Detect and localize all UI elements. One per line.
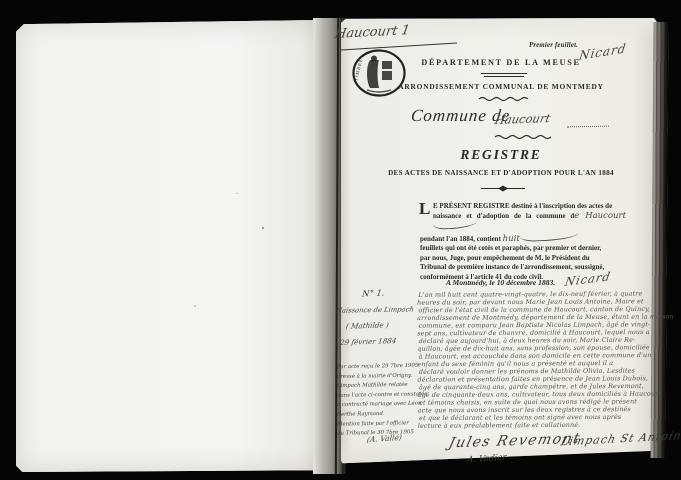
act-line: à Haucourt, est accouchée dans son domic… — [419, 352, 661, 361]
paper-speck — [236, 193, 238, 194]
act-line: déclaré vouloir donner les prénoms de Ma… — [419, 368, 661, 377]
drop-cap: L — [419, 201, 430, 217]
register-scan: Haucourt 1 Premier feuillet. Nicard TIMB… — [0, 0, 681, 480]
act-line: et témoins choisis, en suite de quoi nou… — [419, 398, 661, 407]
preamble-line: feuillets qui ont été cotés et paraphés,… — [420, 244, 626, 254]
register-subtitle: DES ACTES DE NAISSANCE ET D'ADOPTION POU… — [353, 169, 649, 177]
act-line: commune, est comparu Jean Baptiste Nicol… — [419, 321, 661, 330]
margin-date: 29 février 1884 — [339, 336, 397, 347]
ink-flourish — [520, 232, 578, 242]
act-line: déclaré que aujourd'hui, à deux heures d… — [419, 337, 661, 346]
birth-act-body: L'an mil huit cent quatre-vingt-quatre, … — [417, 291, 660, 431]
preamble-line: naissance et d'adoption de la commune de… — [420, 212, 626, 233]
left-blank-page — [16, 20, 328, 472]
act-line: âgé de quarante-cinq ans, garde champêtr… — [419, 383, 661, 392]
act-number: N° 1. — [361, 288, 385, 299]
page-content: Haucourt 1 Premier feuillet. Nicard TIMB… — [343, 20, 657, 466]
act-line: et que le déclarant et les témoins ont s… — [419, 414, 661, 423]
department-heading: DÉPARTEMENT DE LA MEUSE — [353, 58, 649, 67]
arrondissement-heading: ARRONDISSEMENT COMMUNAL DE MONTMEDY — [353, 82, 649, 91]
handwritten-commune-insert: e Haucourt — [574, 211, 626, 221]
margin-birth-label: Naissance de Limpach — [335, 305, 414, 314]
diamond-rule — [481, 185, 525, 192]
preamble-line: par nous, Juge, pour empêchement de M. l… — [420, 254, 626, 264]
handwritten-count-insert: huit — [503, 234, 520, 244]
marginal-note-signature: (A. Vallé) — [366, 433, 402, 445]
divider-rule — [481, 73, 527, 74]
witness-signature-vadier: A. Vadier — [466, 453, 507, 466]
divider-rule — [484, 76, 524, 77]
dotted-fill-line — [567, 126, 609, 128]
date-place-line: A Montmédy, le 10 décembre 1883. — [446, 278, 555, 287]
commune-name-handwritten: Haucourt — [494, 111, 552, 127]
paper-speck — [262, 227, 264, 229]
ink-flourish — [433, 220, 477, 230]
act-line: lecture à eux préalablement faite et col… — [418, 421, 660, 430]
register-title: REGISTRE — [353, 147, 649, 163]
flourish-rule — [477, 96, 535, 102]
paper-speck — [194, 305, 196, 307]
act-line: L'an mil huit cent quatre-vingt-quatre, … — [418, 291, 660, 300]
preamble-line: pendant l'an 1884, contient huit — [420, 233, 626, 245]
flourish-rule — [493, 134, 555, 140]
margin-first-name: ( Mathilde ) — [345, 320, 389, 331]
act-line: officier de l'état civil de la commune d… — [418, 306, 660, 315]
folio-annotation: Haucourt 1 — [334, 23, 411, 42]
sheet-label: Premier feuillet. — [529, 42, 578, 49]
